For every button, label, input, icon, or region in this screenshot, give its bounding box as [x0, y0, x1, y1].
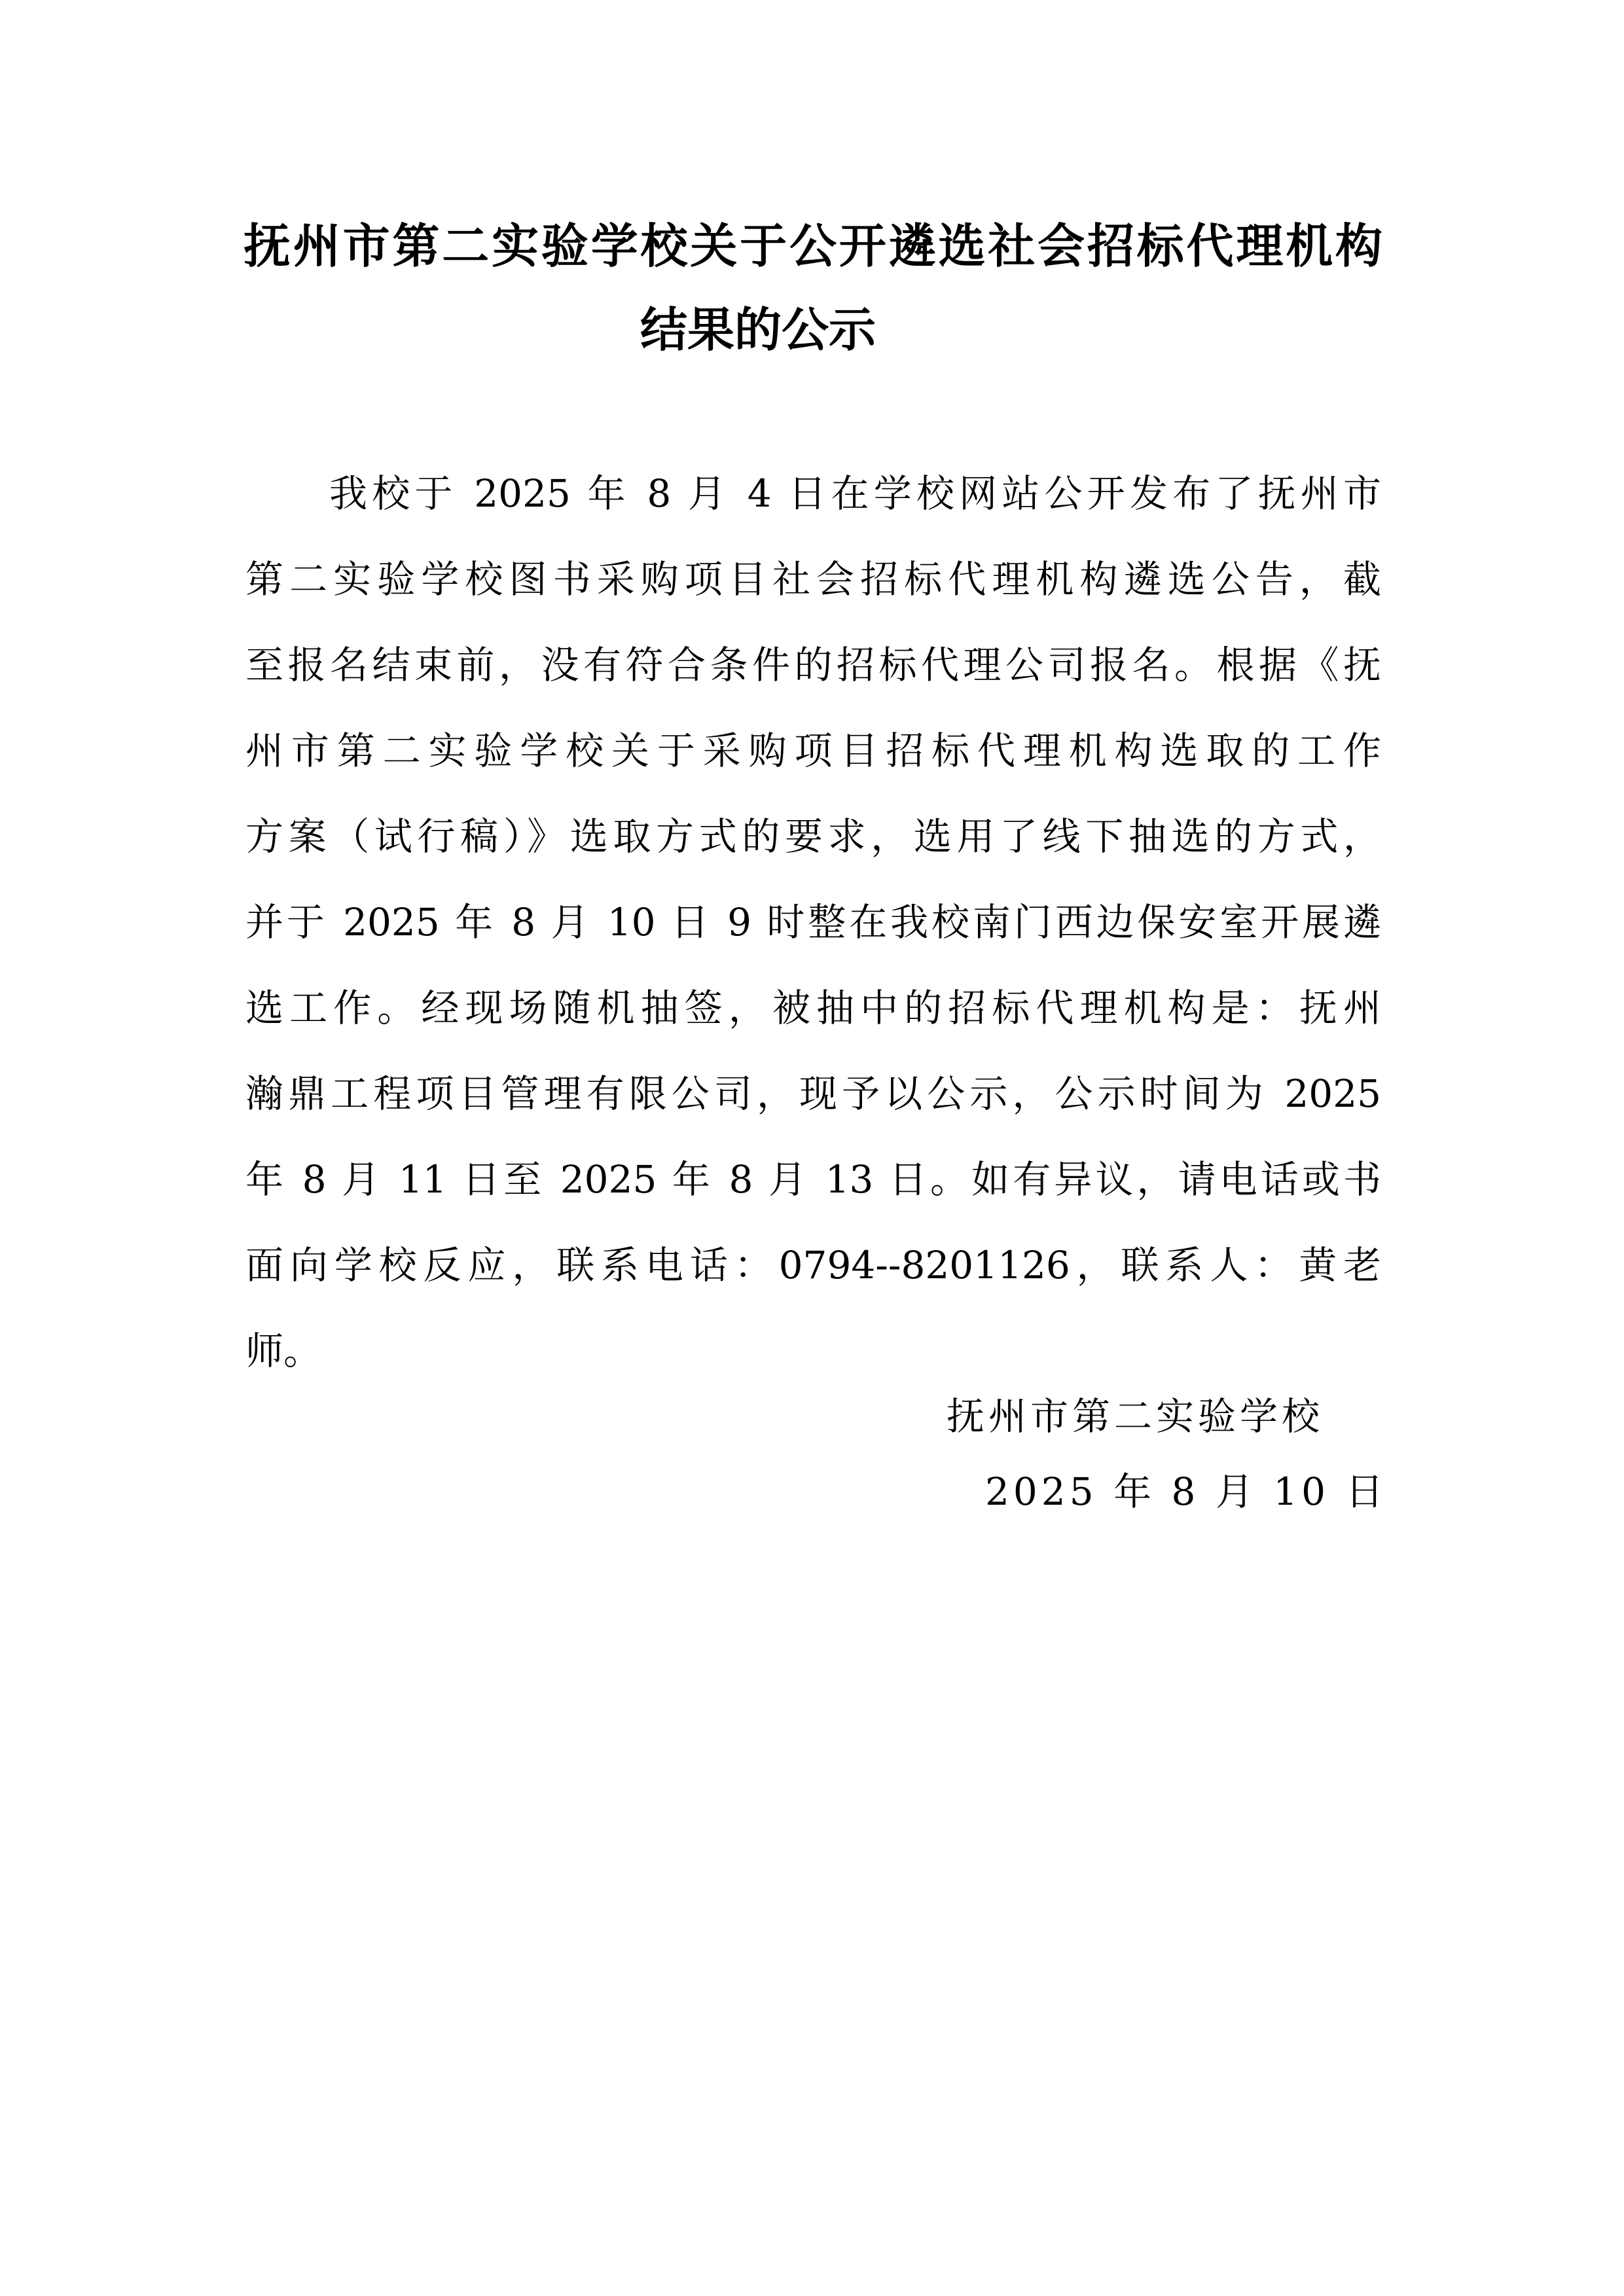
body-line-1: 我校于 2025 年 8 月 4 日在学校网站公开发布了抚州市	[329, 475, 1381, 512]
body-line-3: 至报名结束前，没有符合条件的招标代理公司报名。根据《抚	[245, 646, 1381, 684]
body-line-9: 年 8 月 11 日至 2025 年 8 月 13 日。如有异议，请电话或书	[245, 1160, 1381, 1198]
body-line-8: 瀚鼎工程项目管理有限公司，现予以公示，公示时间为 2025	[245, 1075, 1381, 1113]
document-title-line-2: 结果的公示	[640, 306, 876, 353]
body-line-4: 州市第二实验学校关于采购项目招标代理机构选取的工作	[245, 732, 1381, 770]
document-page: 抚州市第二实验学校关于公开遴选社会招标代理机构 结果的公示 我校于 2025 年…	[0, 0, 1624, 2296]
body-line-6: 并于 2025 年 8 月 10 日 9 时整在我校南门西边保安室开展遴	[245, 903, 1381, 941]
body-line-7: 选工作。经现场随机抽签，被抽中的招标代理机构是：抚州	[245, 989, 1381, 1027]
signature-organization: 抚州市第二实验学校	[947, 1397, 1324, 1435]
signature-date: 2025 年 8 月 10 日	[985, 1473, 1388, 1511]
document-title-line-1: 抚州市第二实验学校关于公开遴选社会招标代理机构	[244, 223, 1382, 270]
body-line-5: 方案（试行稿）》选取方式的要求，选用了线下抽选的方式，	[245, 817, 1381, 855]
body-line-2: 第二实验学校图书采购项目社会招标代理机构遴选公告，截	[245, 560, 1381, 598]
body-line-10: 面向学校反应，联系电话：0794--8201126，联系人：黄老	[245, 1246, 1381, 1284]
body-line-11: 师。	[245, 1332, 1381, 1370]
